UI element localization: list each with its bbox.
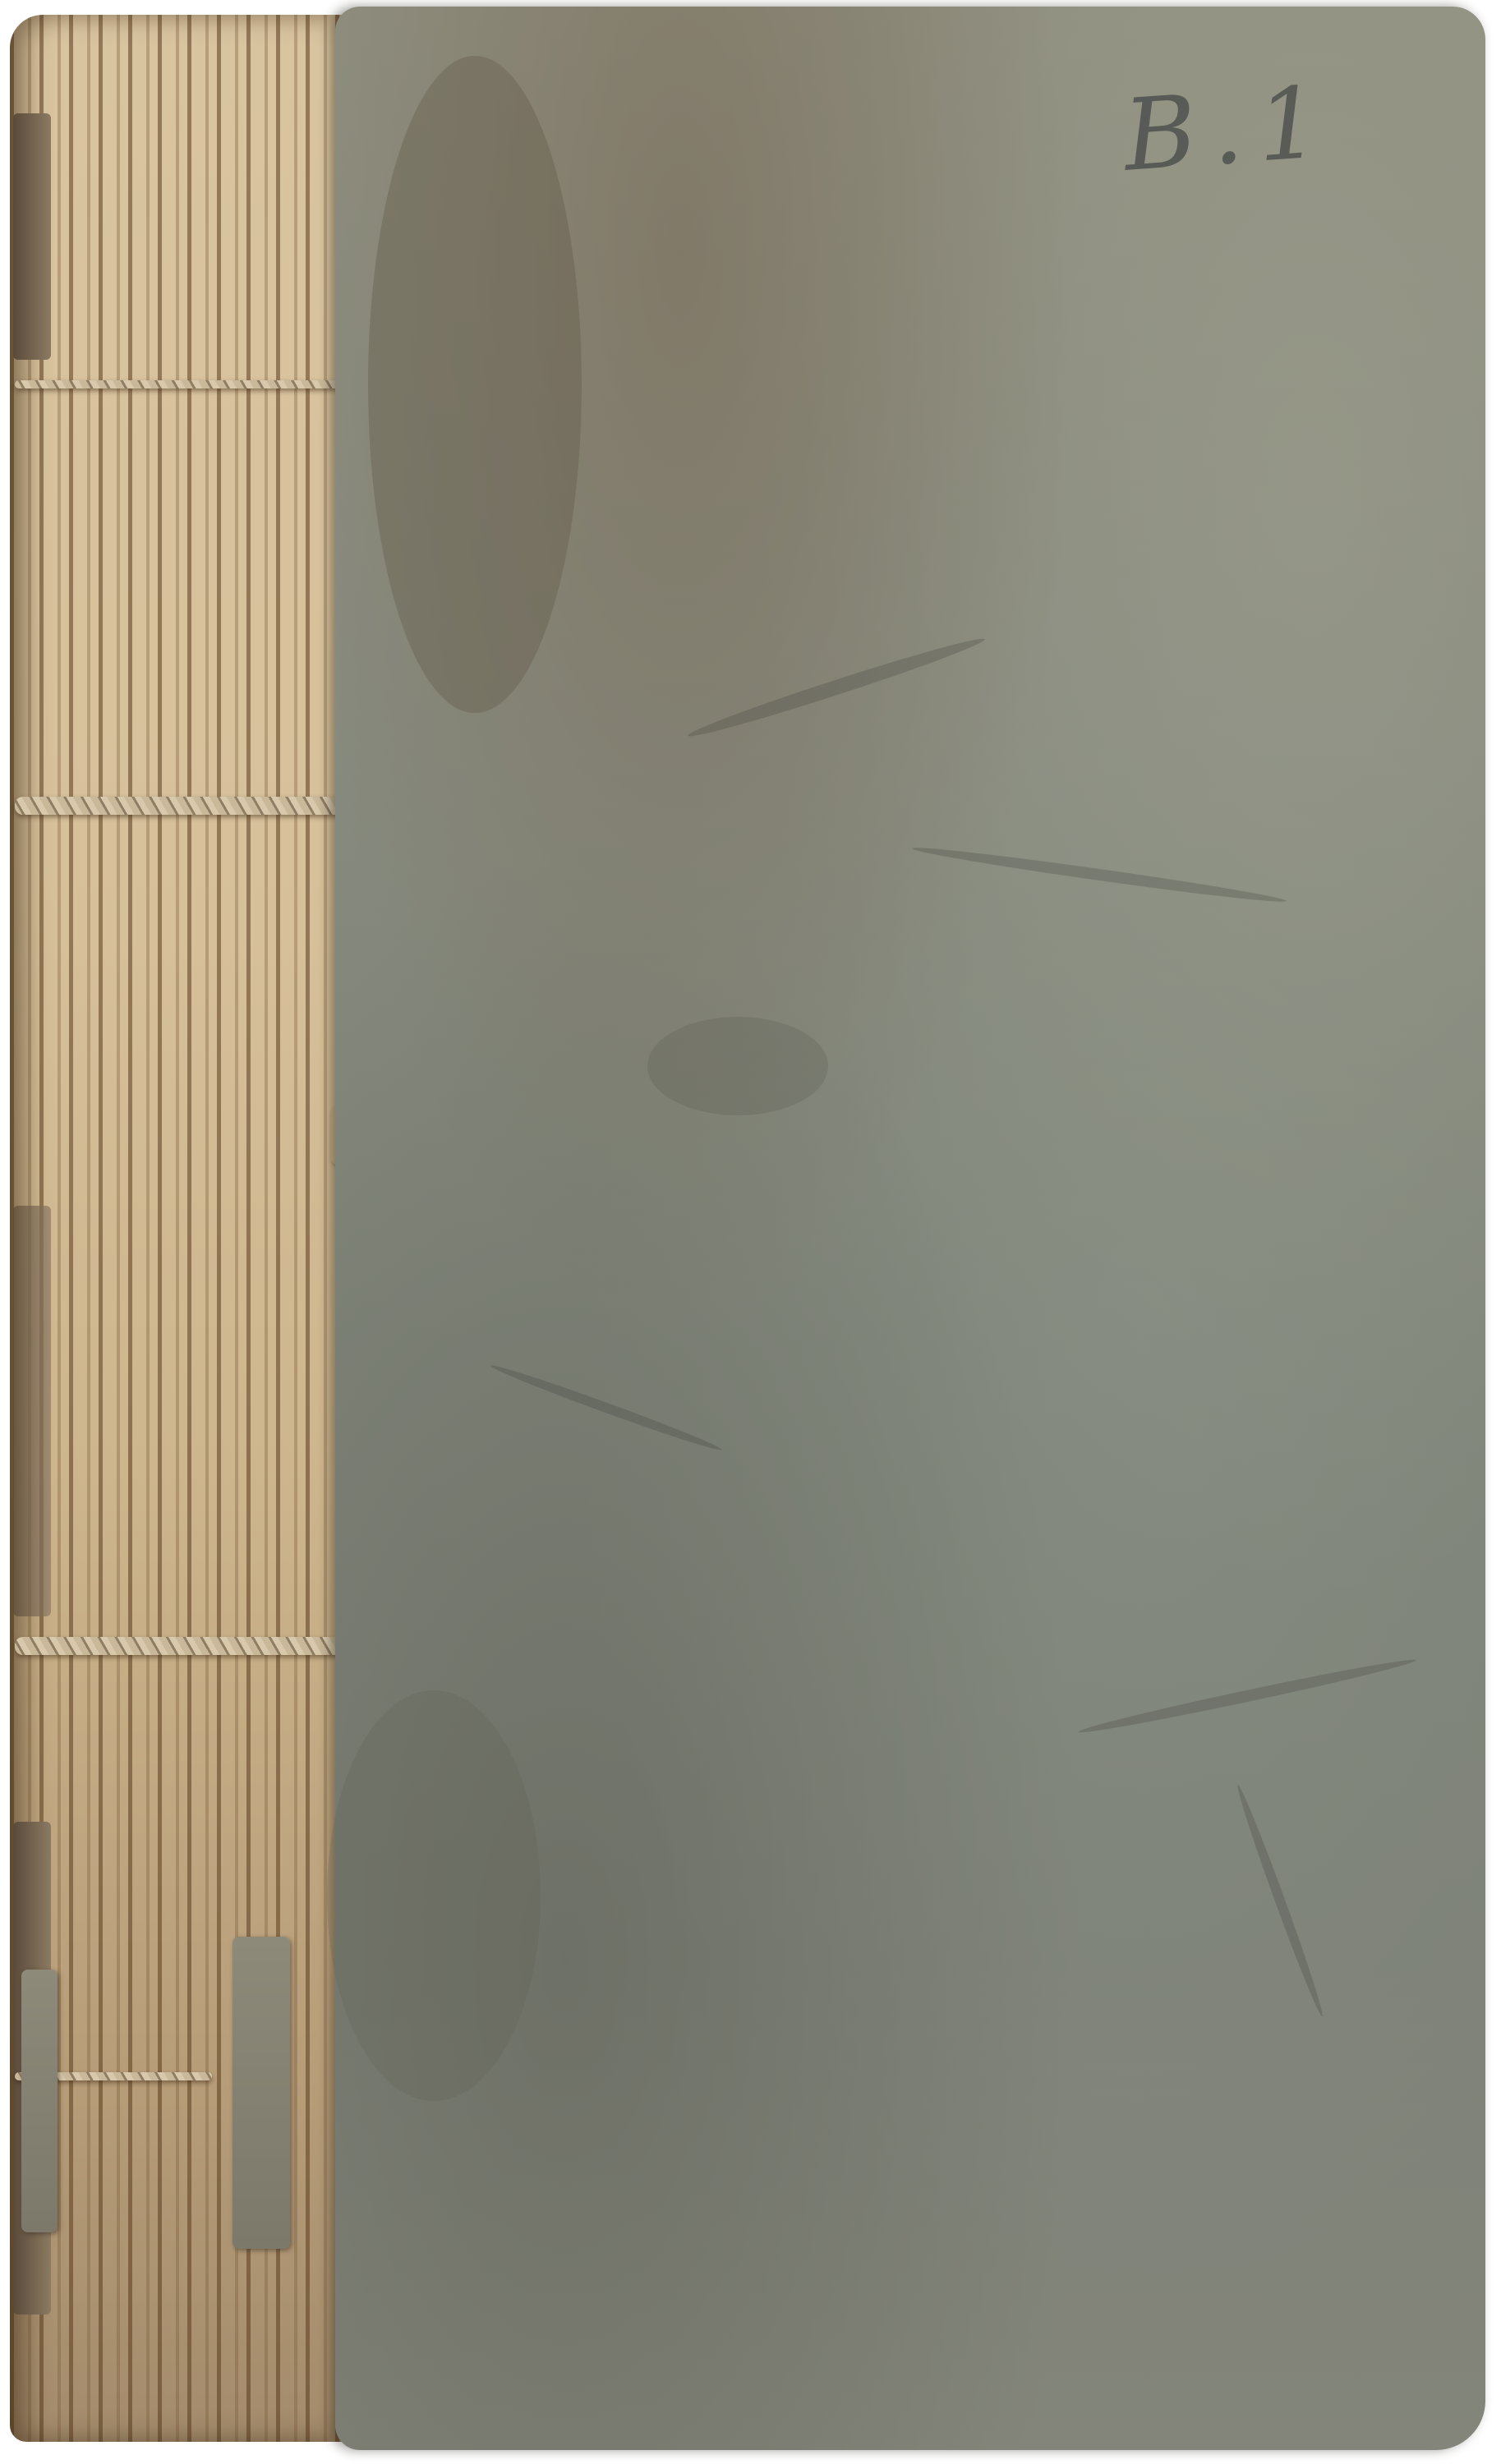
wrapper-fragment [21, 1970, 58, 2232]
crease [1233, 1783, 1327, 2018]
spine-shadow [13, 113, 51, 360]
page-block-edge [1479, 39, 1501, 2421]
crease [911, 843, 1287, 907]
spine-shadow [13, 1206, 51, 1616]
crease [489, 1361, 724, 1455]
binding-cord [15, 1637, 360, 1655]
wrapper-fragment [233, 1937, 290, 2249]
book: B.1 [7, 7, 1485, 2450]
front-wrapper [335, 7, 1485, 2450]
stain [368, 56, 582, 713]
binding-cord [15, 380, 360, 388]
stain [647, 1017, 828, 1115]
page-block-bottom [352, 2442, 1485, 2462]
stain [327, 1690, 541, 2101]
handwritten-shelfmark: B.1 [1120, 65, 1338, 194]
binding-cord [15, 797, 360, 815]
crease [1077, 1654, 1417, 1737]
crease [686, 632, 988, 743]
